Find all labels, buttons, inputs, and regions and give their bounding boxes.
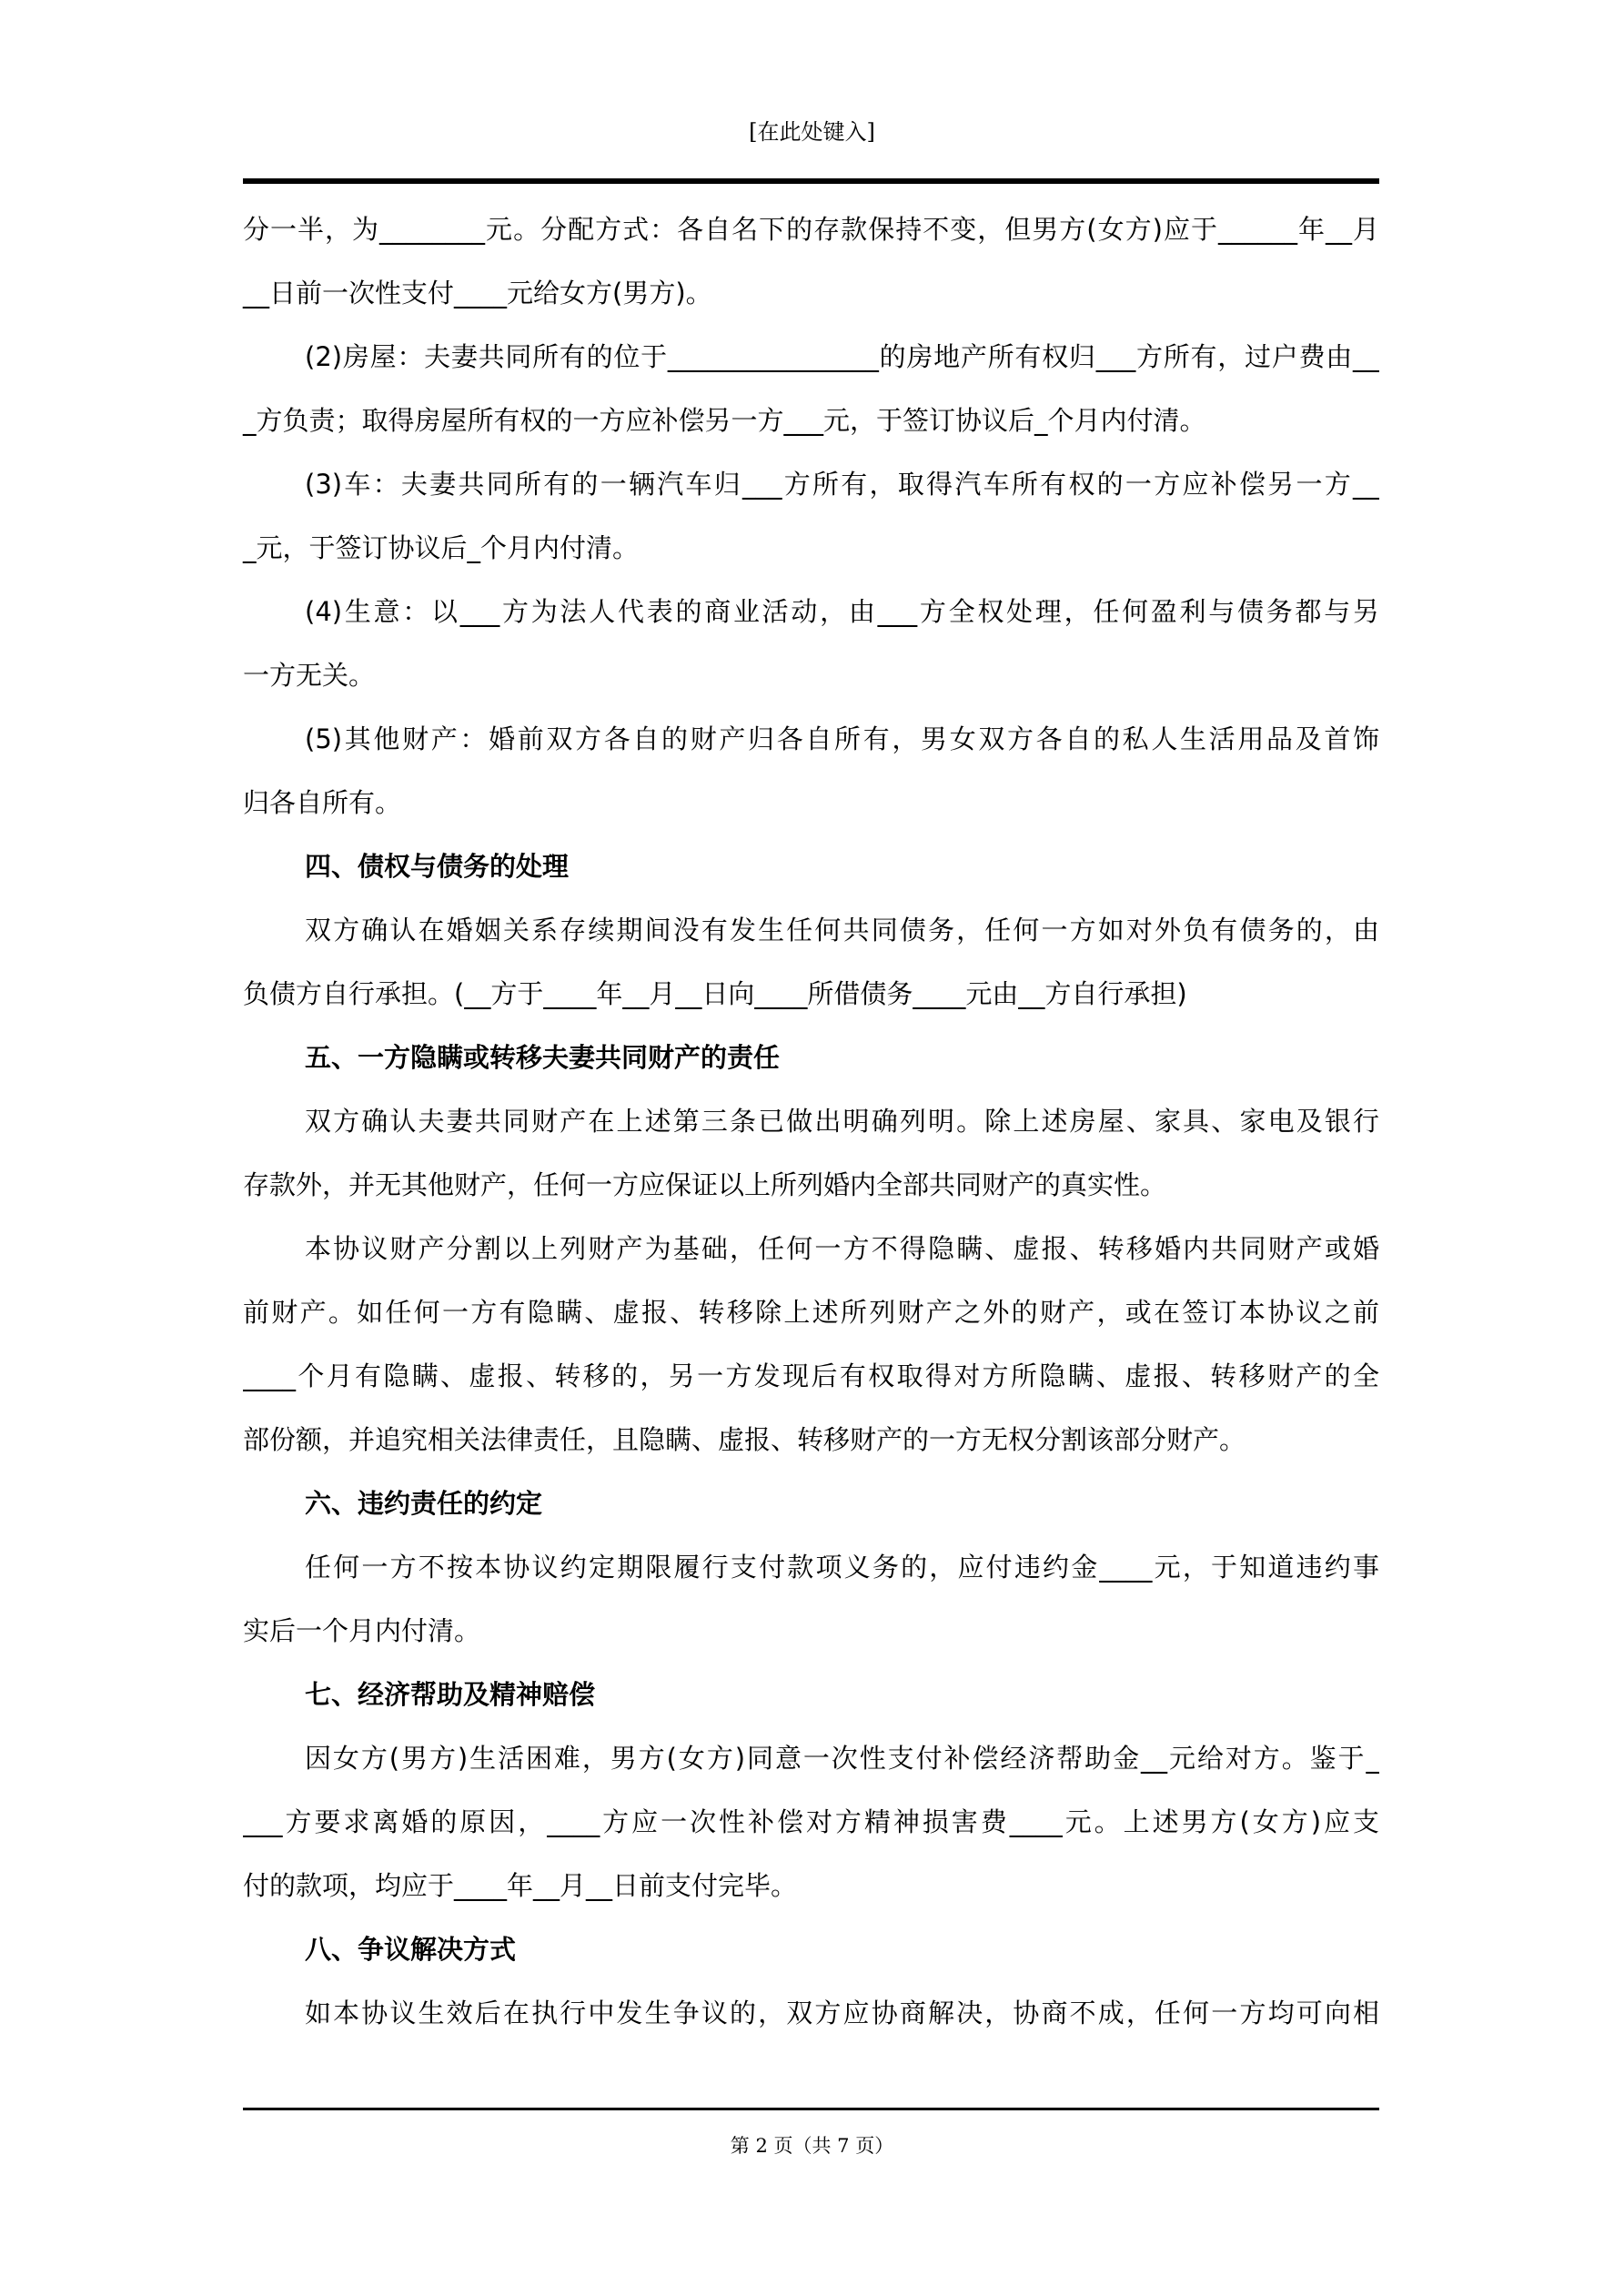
doc-line: 双方确认在婚姻关系存续期间没有发生任何共同债务，任何一方如对外负有债务的，由 <box>243 898 1379 962</box>
doc-line: __日前一次性支付____元给女方(男方)。 <box>243 261 1379 325</box>
doc-line: ___方要求离婚的原因，____方应一次性补偿对方精神损害费____元。上述男方… <box>243 1790 1379 1854</box>
doc-line: 一方无关。 <box>243 643 1379 707</box>
doc-line: ____个月有隐瞒、虚报、转移的，另一方发现后有权取得对方所隐瞒、虚报、转移财产… <box>243 1344 1379 1408</box>
doc-line: 部份额，并追究相关法律责任，且隐瞒、虚报、转移财产的一方无权分割该部分财产。 <box>243 1408 1379 1472</box>
doc-line: (2)房屋：夫妻共同所有的位于________________的房地产所有权归_… <box>243 325 1379 389</box>
section-heading-5: 五、一方隐瞒或转移夫妻共同财产的责任 <box>243 1026 1379 1089</box>
doc-line: 双方确认夫妻共同财产在上述第三条已做出明确列明。除上述房屋、家具、家电及银行 <box>243 1089 1379 1153</box>
document-page: { "page": { "header": { "placeholder_tex… <box>0 0 1624 2296</box>
doc-line: 因女方(男方)生活困难，男方(女方)同意一次性支付补偿经济帮助金__元给对方。鉴… <box>243 1726 1379 1790</box>
section-heading-6: 六、违约责任的约定 <box>243 1472 1379 1535</box>
section-heading-8: 八、争议解决方式 <box>243 1917 1379 1981</box>
doc-line: (3)车：夫妻共同所有的一辆汽车归___方所有，取得汽车所有权的一方应补偿另一方… <box>243 452 1379 516</box>
doc-line: (4)生意：以___方为法人代表的商业活动，由___方全权处理，任何盈利与债务都… <box>243 580 1379 643</box>
doc-line: 分一半，为________元。分配方式：各自名下的存款保持不变，但男方(女方)应… <box>243 197 1379 261</box>
doc-line: (5)其他财产：婚前双方各自的财产归各自所有，男女双方各自的私人生活用品及首饰 <box>243 707 1379 771</box>
doc-line: 负债方自行承担。(__方于____年__月__日向____所借债务____元由_… <box>243 962 1379 1026</box>
doc-line: 归各自所有。 <box>243 771 1379 834</box>
doc-line: _方负责；取得房屋所有权的一方应补偿另一方___元，于签订协议后_个月内付清。 <box>243 389 1379 452</box>
header-rule <box>243 178 1379 184</box>
footer-rule <box>243 2108 1379 2110</box>
document-body: 分一半，为________元。分配方式：各自名下的存款保持不变，但男方(女方)应… <box>243 197 1379 2045</box>
doc-line: 本协议财产分割以上列财产为基础，任何一方不得隐瞒、虚报、转移婚内共同财产或婚 <box>243 1217 1379 1280</box>
doc-line: 任何一方不按本协议约定期限履行支付款项义务的，应付违约金____元，于知道违约事 <box>243 1535 1379 1599</box>
section-heading-7: 七、经济帮助及精神赔偿 <box>243 1663 1379 1726</box>
doc-line: 实后一个月内付清。 <box>243 1599 1379 1663</box>
footer-page-indicator: 第 2 页（共 7 页） <box>0 2131 1624 2160</box>
section-heading-4: 四、债权与债务的处理 <box>243 834 1379 898</box>
doc-line: _元，于签订协议后_个月内付清。 <box>243 516 1379 580</box>
header-placeholder: [在此处键入] <box>0 116 1624 147</box>
doc-line: 如本协议生效后在执行中发生争议的，双方应协商解决，协商不成，任何一方均可向相 <box>243 1981 1379 2045</box>
doc-line: 存款外，并无其他财产，任何一方应保证以上所列婚内全部共同财产的真实性。 <box>243 1153 1379 1217</box>
doc-line: 付的款项，均应于____年__月__日前支付完毕。 <box>243 1854 1379 1917</box>
doc-line: 前财产。如任何一方有隐瞒、虚报、转移除上述所列财产之外的财产，或在签订本协议之前 <box>243 1280 1379 1344</box>
